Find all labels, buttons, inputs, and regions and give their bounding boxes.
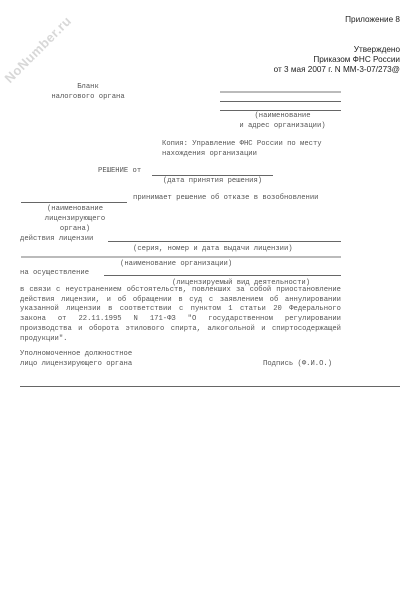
decision-title: РЕШЕНИЕ от [98, 166, 141, 176]
recipient-caption-1: (наименование [215, 111, 350, 121]
recipient-caption-2: и адрес организации) [215, 121, 350, 131]
copy-line-1: Копия: Управление ФНС России по месту [162, 139, 322, 149]
official-label-1: Уполномоченное должностное [20, 349, 132, 359]
official-label-2: лицо лицензирующего органа [20, 359, 132, 369]
order-date-label: от 3 мая 2007 г. N ММ-3-07/273@ [274, 65, 400, 75]
license-line[interactable] [108, 241, 341, 242]
license-action-label: действия лицензии [20, 234, 93, 244]
bottom-divider [20, 386, 400, 387]
order-label: Приказом ФНС России [313, 55, 400, 65]
authority-caption-3: органа) [20, 224, 130, 234]
decision-date-caption: (дата принятия решения) [152, 176, 273, 186]
copy-line-2: нахождения организации [162, 149, 257, 159]
license-caption: (серия, номер и дата выдачи лицензии) [133, 244, 293, 254]
appendix-label: Приложение 8 [345, 15, 400, 25]
authority-line[interactable] [21, 202, 127, 203]
signature-label: Подпись (Ф.И.О.) [263, 359, 332, 369]
approved-label: Утверждено [354, 45, 400, 55]
recipient-line-2[interactable] [220, 101, 341, 102]
organization-line[interactable] [21, 256, 341, 258]
recipient-line-1[interactable] [220, 91, 341, 93]
activity-line[interactable] [104, 275, 341, 276]
decision-paragraph: в связи с неустранением обстоятельств, п… [20, 286, 341, 344]
authority-caption-1: (наименование [20, 204, 130, 214]
organization-caption: (наименование организации) [120, 259, 232, 269]
authority-caption-2: лицензирующего [20, 214, 130, 224]
tax-authority-label: налогового органа [38, 92, 138, 102]
activity-label: на осуществление [20, 268, 89, 278]
watermark: NoNumber.ru [2, 13, 75, 86]
blank-label: Бланк [38, 82, 138, 92]
accepts-text: принимает решение об отказе в возобновле… [133, 193, 318, 203]
